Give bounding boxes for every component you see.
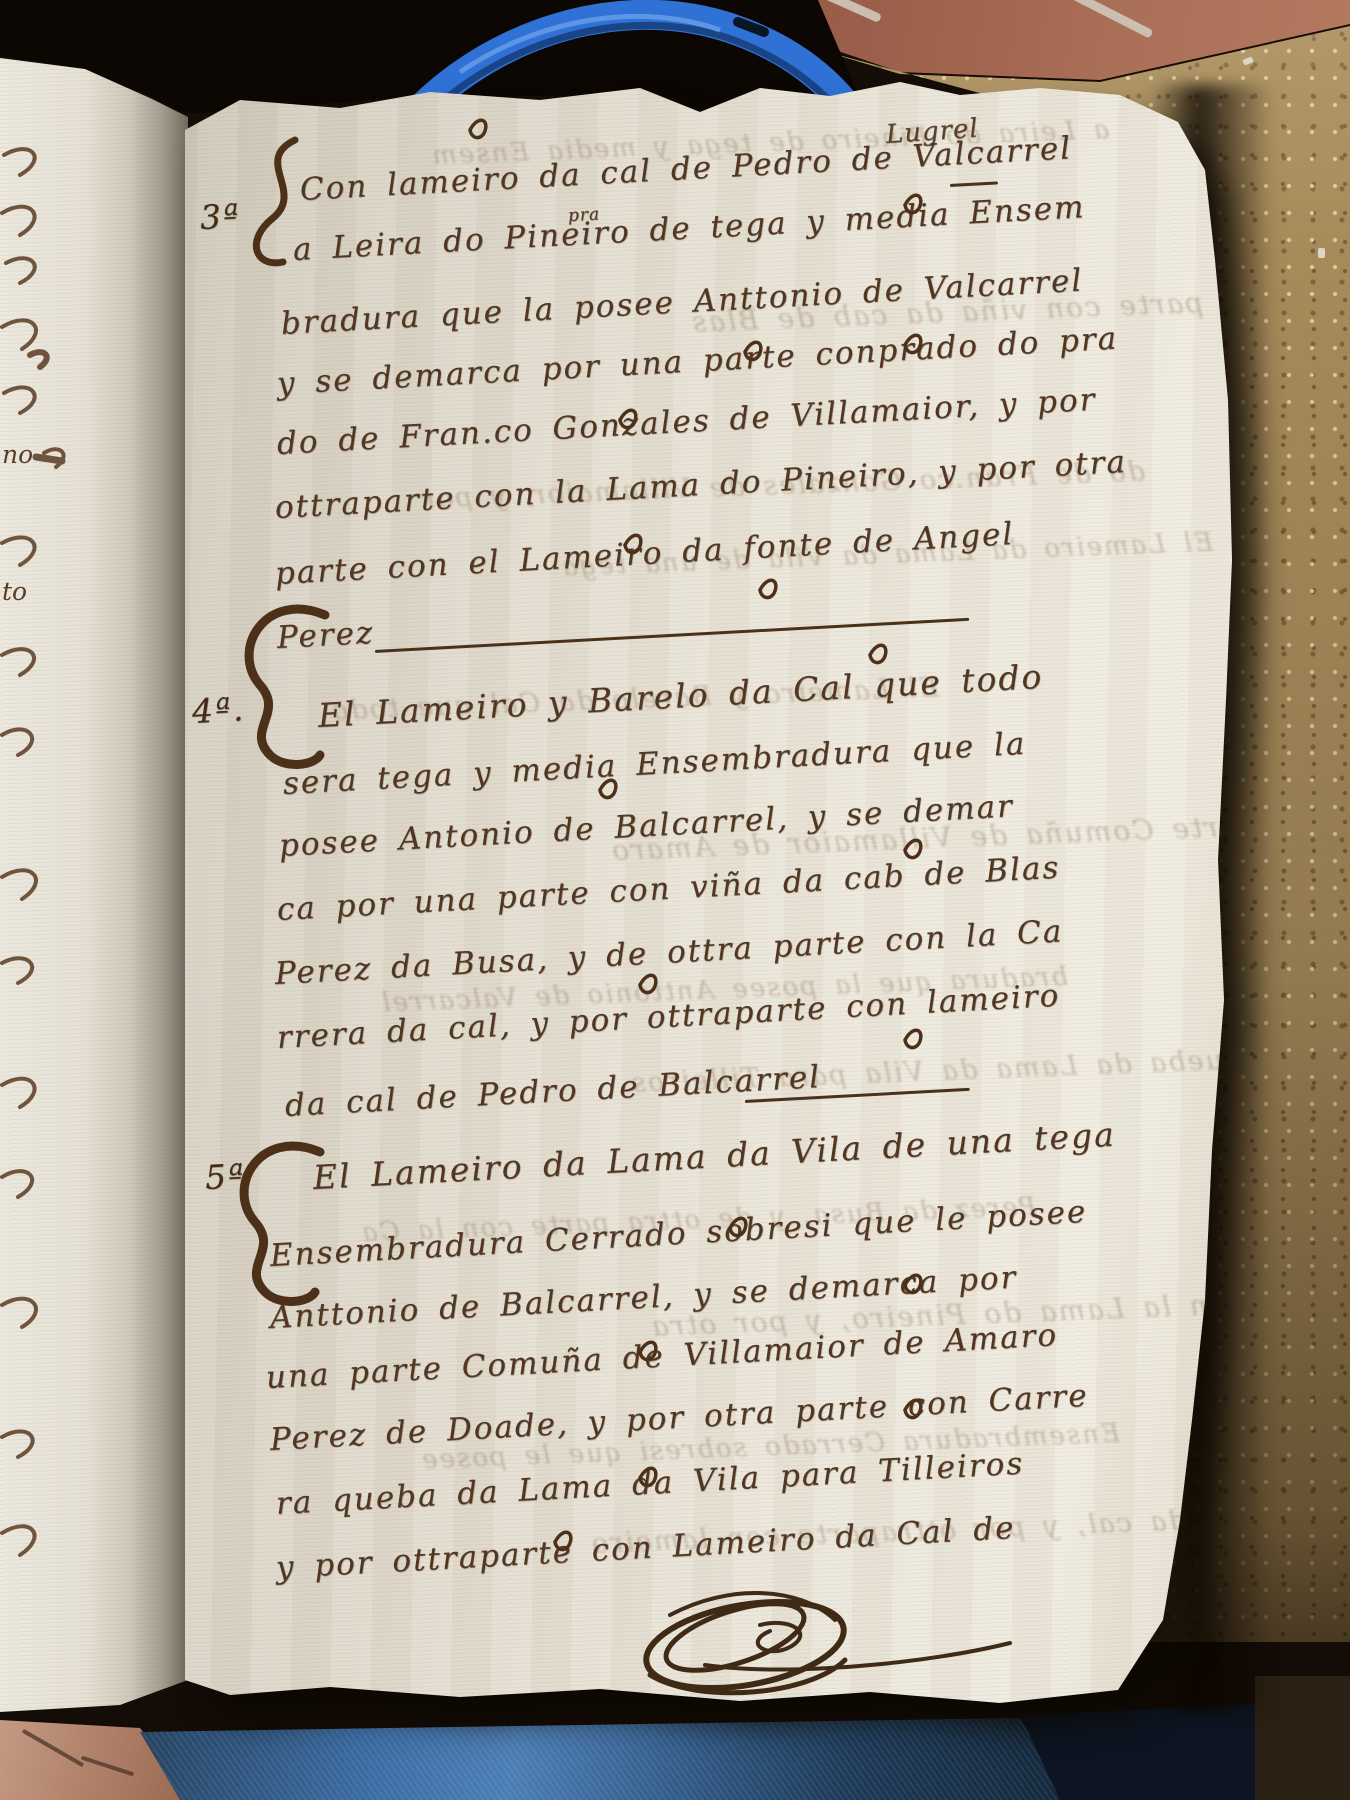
manuscript-photo: no to a Leira do Pineiro de tega y media…	[0, 0, 1350, 1800]
right-page-wrap: a Leira do Pineiro de tega y media Ensem…	[0, 0, 1350, 1800]
manuscript-page: a Leira do Pineiro de tega y media Ensem…	[0, 0, 1350, 1800]
rubric-flourish	[610, 1565, 1030, 1735]
pen-flourishes	[0, 0, 1350, 1800]
